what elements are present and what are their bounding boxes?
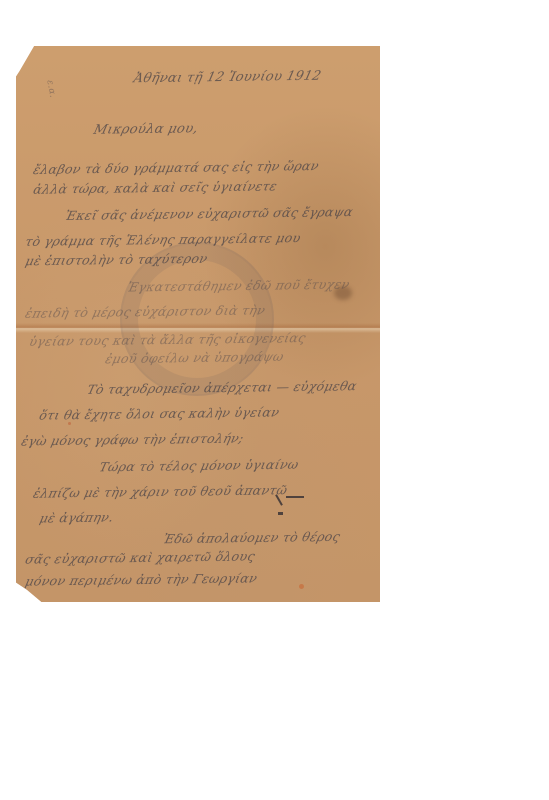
letter-line: Τὸ ταχυδρομεῖον ἀπέρχεται — εὐχόμεθα — [86, 378, 359, 397]
letter-line: ἔλαβον τὰ δύο γράμματά σας εἰς τὴν ὥραν — [32, 158, 321, 177]
letter-line: Ἐκεῖ σᾶς ἀνέμενον εὐχαριστῶ σᾶς ἔγραψα — [64, 204, 355, 223]
letter-line: μὲ ἀγάπην. — [38, 509, 115, 525]
letter-line: μὲ ἐπιστολὴν τὸ ταχύτερον — [24, 251, 209, 269]
letter-line: ὅτι θὰ ἔχητε ὅλοι σας καλὴν ὑγείαν — [38, 404, 281, 422]
paper-speck — [68, 422, 71, 425]
letter-line: Ἐγκατεστάθημεν ἐδῶ ποῦ ἔτυχεν — [126, 276, 351, 294]
letter-line: ἐγὼ μόνος γράφω τὴν ἐπιστολήν; — [20, 430, 246, 448]
paper-speck — [299, 584, 304, 589]
letter-line: Τώρα τὸ τέλος μόνον ὑγιαίνω — [98, 457, 301, 475]
letter-date: Ἀθῆναι τῇ 12 Ἰουνίου 1912 — [132, 69, 323, 87]
pencil-mark — [286, 496, 304, 498]
letter-sheet: ε.α. Ἀθῆναι τῇ 12 Ἰουνίου 1912 Μικρούλα … — [16, 46, 380, 602]
letter-line: σᾶς εὐχαριστῶ καὶ χαιρετῶ ὅλους — [24, 548, 257, 566]
letter-line: ἐμοῦ ὀφείλω νὰ ὑπογράψω — [104, 349, 286, 366]
letter-line: Ἐδῶ ἀπολαύομεν τὸ θέρος — [162, 529, 342, 546]
letter-line: ἐλπίζω μὲ τὴν χάριν τοῦ θεοῦ ἀπαντῶ — [32, 482, 289, 501]
letter-line: μόνον περιμένω ἀπὸ τὴν Γεωργίαν — [24, 570, 259, 588]
letter-line: τὸ γράμμα τῆς Ἑλένης παραγγείλατε μου — [24, 230, 303, 249]
letter-salutation: Μικρούλα μου, — [92, 121, 200, 137]
pencil-mark — [278, 512, 283, 515]
margin-mark: ε.α. — [44, 79, 57, 98]
letter-line: ἀλλὰ τώρα, καλὰ καὶ σεῖς ὑγιαίνετε — [32, 178, 279, 196]
